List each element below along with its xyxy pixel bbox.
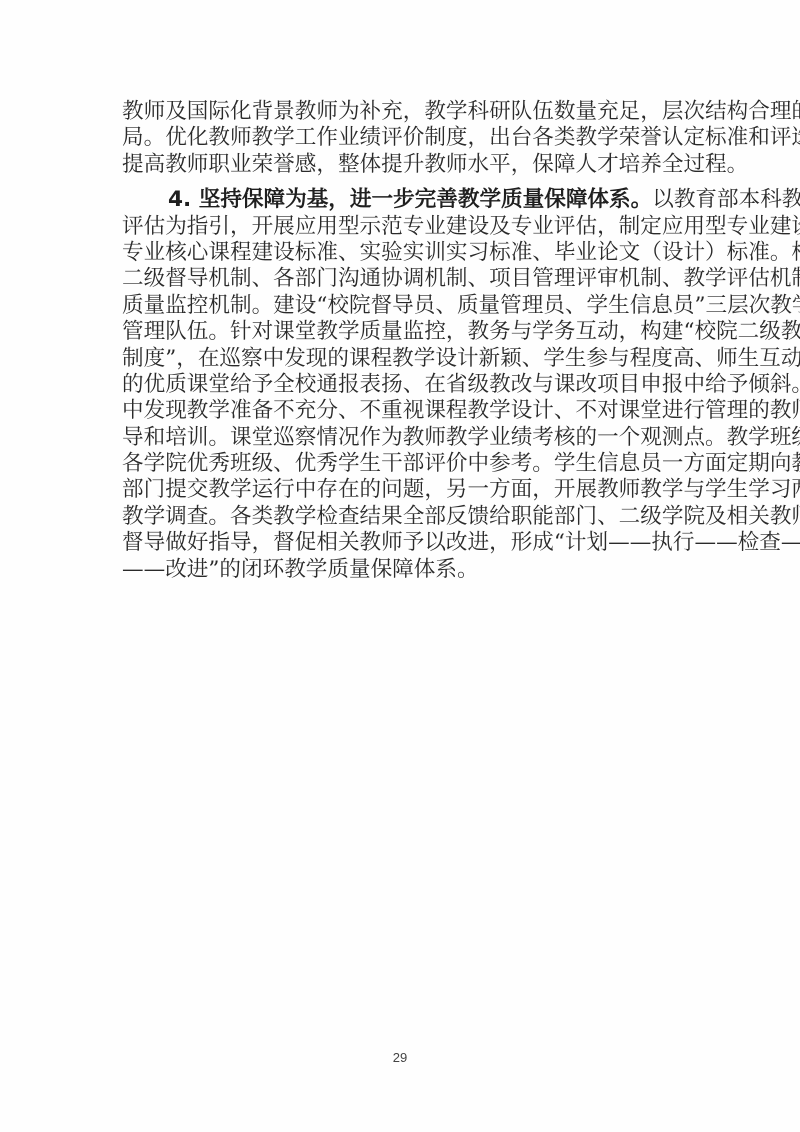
section-heading: 4. 坚持保障为基，进一步完善教学质量保障体系。: [168, 187, 652, 212]
text-line: 专业核心课程建设标准、实验实训实习标准、毕业论文（设计）标准。构建校院: [122, 240, 682, 266]
paragraph-teacher-evaluation: 教师及国际化背景教师为补充，教学科研队伍数量充足，层次结构合理的良好格 局。优化…: [122, 99, 682, 178]
paragraph-quality-assurance: 4. 坚持保障为基，进一步完善教学质量保障体系。以教育部本科教学审核 评估为指引…: [122, 187, 682, 583]
text-line: 督导做好指导，督促相关教师予以改进，形成“计划——执行——检查——反馈: [122, 530, 682, 556]
text-line: 教学调查。各类教学检查结果全部反馈给职能部门、二级学院及相关教师，二级: [122, 504, 682, 530]
text-line: 制度”，在巡察中发现的课程教学设计新颖、学生参与程度高、师生互动氛围好: [122, 346, 682, 372]
text-run: 以教育部本科教学审核: [652, 187, 800, 212]
text-line: ——改进”的闭环教学质量保障体系。: [122, 557, 682, 583]
text-line: 部门提交教学运行中存在的问题，另一方面，开展教师教学与学生学习两方面的: [122, 477, 682, 503]
text-line: 质量监控机制。建设“校院督导员、质量管理员、学生信息员”三层次教学质量: [122, 293, 682, 319]
text-line: 管理队伍。针对课堂教学质量监控，教务与学务互动，构建“校院二级教学巡察: [122, 319, 682, 345]
text-line: 中发现教学准备不充分、不重视课程教学设计、不对课堂进行管理的教师给予指: [122, 398, 682, 424]
document-body: 教师及国际化背景教师为补充，教学科研队伍数量充足，层次结构合理的良好格 局。优化…: [122, 99, 682, 592]
text-line: 导和培训。课堂巡察情况作为教师教学业绩考核的一个观测点。教学班级信息供: [122, 425, 682, 451]
text-line: 提高教师职业荣誉感，整体提升教师水平，保障人才培养全过程。: [122, 152, 682, 178]
page-number: 29: [0, 1050, 800, 1065]
document-page: 教师及国际化背景教师为补充，教学科研队伍数量充足，层次结构合理的良好格 局。优化…: [0, 0, 800, 1132]
text-line: 的优质课堂给予全校通报表扬、在省级教改与课改项目申报中给予倾斜。在巡察: [122, 372, 682, 398]
text-line: 教师及国际化背景教师为补充，教学科研队伍数量充足，层次结构合理的良好格: [122, 99, 682, 125]
text-line-first: 4. 坚持保障为基，进一步完善教学质量保障体系。以教育部本科教学审核: [122, 187, 682, 213]
text-line: 二级督导机制、各部门沟通协调机制、项目管理评审机制、教学评估机制及教学: [122, 266, 682, 292]
text-line: 各学院优秀班级、优秀学生干部评价中参考。学生信息员一方面定期向教务管理: [122, 451, 682, 477]
text-line: 局。优化教师教学工作业绩评价制度，出台各类教学荣誉认定标准和评选机制，: [122, 125, 682, 151]
text-line: 评估为指引，开展应用型示范专业建设及专业评估，制定应用型专业建设标准、: [122, 214, 682, 240]
